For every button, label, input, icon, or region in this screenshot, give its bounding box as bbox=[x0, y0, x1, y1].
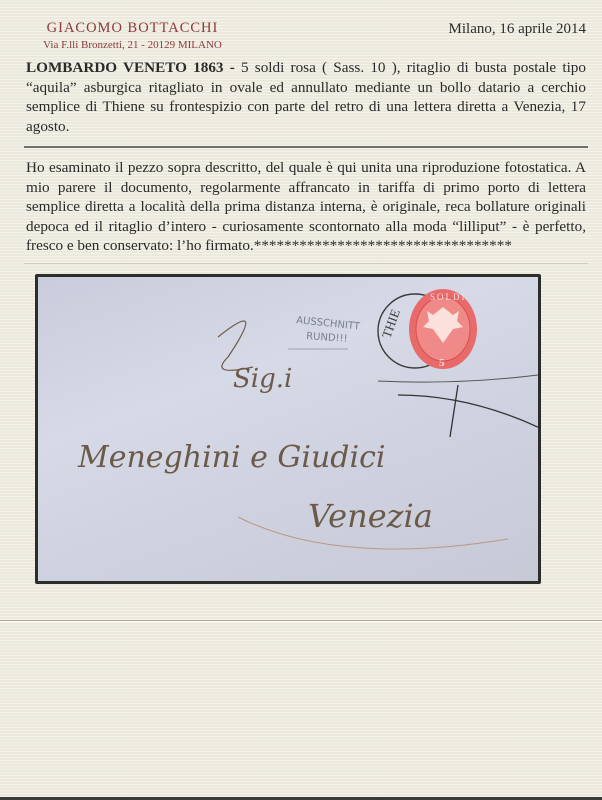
certificate-date: Milano, 16 aprile 2014 bbox=[449, 21, 586, 38]
address-salutation: Sig.i bbox=[233, 364, 292, 394]
stamp-value: 5 bbox=[439, 357, 445, 369]
address-city: Venezia bbox=[308, 497, 433, 535]
cover-illustration: AUSSCHNITT RUND!!! THIE 17 8 SOLDI 5 Sig… bbox=[38, 277, 538, 581]
expert-name: GIACOMO BOTTACCHI bbox=[30, 20, 235, 36]
expert-address: Via F.lli Bronzetti, 21 - 20129 MILANO bbox=[30, 38, 235, 52]
separator-line bbox=[24, 146, 588, 148]
expert-opinion: Ho esaminato il pezzo sopra descritto, d… bbox=[26, 158, 586, 256]
pencil-note-line1: AUSSCHNITT bbox=[296, 315, 362, 333]
paper-fold-line bbox=[0, 620, 602, 621]
cover-photo: AUSSCHNITT RUND!!! THIE 17 8 SOLDI 5 Sig… bbox=[35, 274, 541, 584]
stamp: SOLDI 5 bbox=[409, 289, 477, 369]
pencil-note-line2: RUND!!! bbox=[306, 331, 348, 345]
address-name: Meneghini e Giudici bbox=[77, 440, 386, 475]
item-description: LOMBARDO VENETO 1863 - 5 soldi rosa ( Sa… bbox=[26, 58, 586, 136]
item-title: LOMBARDO VENETO 1863 - bbox=[26, 59, 235, 76]
letterhead: GIACOMO BOTTACCHI Via F.lli Bronzetti, 2… bbox=[30, 20, 235, 52]
separator-line bbox=[24, 263, 588, 264]
postmark-town: THIE bbox=[379, 307, 403, 340]
opinion-stars: ********************************** bbox=[254, 237, 512, 254]
stamp-legend: SOLDI bbox=[430, 292, 467, 302]
